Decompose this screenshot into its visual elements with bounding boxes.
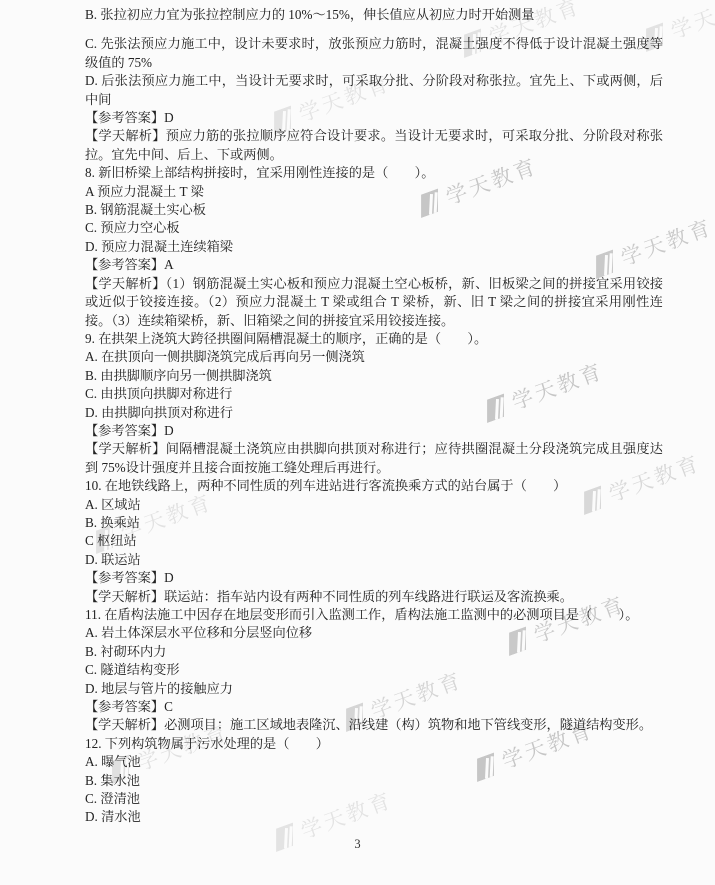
- watermark-text: 学天教育: [666, 0, 715, 45]
- analysis-label: 【学天解析】: [85, 276, 166, 291]
- question-block: 10. 在地铁线路上，两种不同性质的列车进站进行客流换乘方式的站台属于（ ） A…: [85, 477, 663, 606]
- option-line: D. 由拱脚向拱顶对称进行: [85, 404, 663, 422]
- answer-value: D: [164, 423, 174, 438]
- analysis-text: 间隔槽混凝土浇筑应由拱脚向拱顶对称进行；应待拱圈混凝土分段浇筑完成且强度达到 7…: [85, 441, 663, 474]
- question-block: 9. 在拱架上浇筑大跨径拱圈间隔槽混凝土的顺序，正确的是（ ）。 A. 在拱顶向…: [85, 330, 663, 477]
- analysis-line: 【学天解析】（1）钢筋混凝土实心板和预应力混凝土空心板桥，新、旧板梁之间的拼接宜…: [85, 275, 663, 330]
- question-block: 11. 在盾构法施工中因存在地层变形而引入监测工作，盾构法施工监测中的必测项目是…: [85, 606, 663, 735]
- option-line: D. 地层与管片的接触应力: [85, 680, 663, 698]
- option-line: D. 预应力混凝土连续箱梁: [85, 238, 663, 256]
- answer-label: 【参考答案】: [85, 570, 164, 585]
- option-line: C. 澄清池: [85, 790, 663, 808]
- option-line: B. 钢筋混凝土实心板: [85, 201, 663, 219]
- option-line: A. 曝气池: [85, 753, 663, 771]
- analysis-text: （1）钢筋混凝土实心板和预应力混凝土空心板桥，新、旧板梁之间的拼接宜采用铰接或近…: [85, 276, 663, 328]
- analysis-text: 必测项目：施工区域地表隆沉、沿线建（构）筑物和地下管线变形，隧道结构变形。: [164, 717, 652, 732]
- analysis-label: 【学天解析】: [85, 589, 164, 604]
- answer-line: 【参考答案】C: [85, 698, 663, 716]
- option-line: B. 换乘站: [85, 514, 663, 532]
- analysis-line: 【学天解析】预应力筋的张拉顺序应符合设计要求。当设计无要求时，可采取分批、分阶段…: [85, 127, 663, 164]
- answer-value: D: [164, 110, 174, 125]
- option-line: D. 后张法预应力施工中，当设计无要求时，可采取分批、分阶段对称张拉。宜先上、下…: [85, 72, 663, 109]
- answer-line: 【参考答案】D: [85, 109, 663, 127]
- answer-label: 【参考答案】: [85, 257, 164, 272]
- question-options: A. 曝气池B. 集水池C. 澄清池D. 清水池: [85, 753, 663, 827]
- option-line: B. 张拉初应力宜为张拉控制应力的 10%～15%，伸长值应从初应力时开始测量: [85, 6, 663, 24]
- exam-content: B. 张拉初应力宜为张拉控制应力的 10%～15%，伸长值应从初应力时开始测量 …: [85, 6, 663, 827]
- question-block: 12. 下列构筑物属于污水处理的是（ ） A. 曝气池B. 集水池C. 澄清池D…: [85, 735, 663, 827]
- question-stem: 9. 在拱架上浇筑大跨径拱圈间隔槽混凝土的顺序，正确的是（ ）。: [85, 330, 663, 348]
- question-options: A 预应力混凝土 T 梁B. 钢筋混凝土实心板C. 预应力空心板D. 预应力混凝…: [85, 183, 663, 257]
- option-line: B. 集水池: [85, 772, 663, 790]
- option-line: C 枢纽站: [85, 532, 663, 550]
- analysis-label: 【学天解析】: [85, 441, 166, 456]
- option-line: D. 清水池: [85, 808, 663, 826]
- option-line: B. 衬砌环内力: [85, 643, 663, 661]
- question-stem: 8. 新旧桥梁上部结构拼接时，宜采用刚性连接的是（ ）。: [85, 164, 663, 182]
- document-page: 学天教育 学天教育 学天教育 学天教育 学天教育 学天教育 学天教育 学天教育 …: [0, 0, 715, 885]
- analysis-line: 【学天解析】必测项目：施工区域地表隆沉、沿线建（构）筑物和地下管线变形，隧道结构…: [85, 716, 663, 734]
- question-block: 8. 新旧桥梁上部结构拼接时，宜采用刚性连接的是（ ）。 A 预应力混凝土 T …: [85, 164, 663, 330]
- question-stem: 12. 下列构筑物属于污水处理的是（ ）: [85, 735, 663, 753]
- answer-value: D: [164, 570, 174, 585]
- option-line: C. 由拱顶向拱脚对称进行: [85, 385, 663, 403]
- option-line: A. 在拱顶向一侧拱脚浇筑完成后再向另一侧浇筑: [85, 348, 663, 366]
- analysis-line: 【学天解析】间隔槽混凝土浇筑应由拱脚向拱顶对称进行；应待拱圈混凝土分段浇筑完成且…: [85, 440, 663, 477]
- answer-label: 【参考答案】: [85, 699, 164, 714]
- answer-label: 【参考答案】: [85, 110, 164, 125]
- page-number: 3: [0, 837, 715, 852]
- question-options: A. 在拱顶向一侧拱脚浇筑完成后再向另一侧浇筑B. 由拱脚顺序向另一侧拱脚浇筑C…: [85, 348, 663, 422]
- option-line: C. 隧道结构变形: [85, 661, 663, 679]
- question-options: A. 区域站B. 换乘站C 枢纽站D. 联运站: [85, 496, 663, 570]
- analysis-label: 【学天解析】: [85, 128, 166, 143]
- option-line: B. 由拱脚顺序向另一侧拱脚浇筑: [85, 367, 663, 385]
- option-line: A 预应力混凝土 T 梁: [85, 183, 663, 201]
- analysis-line: 【学天解析】联运站：指车站内设有两种不同性质的列车线路进行联运及客流换乘。: [85, 588, 663, 606]
- answer-line: 【参考答案】A: [85, 256, 663, 274]
- answer-label: 【参考答案】: [85, 423, 164, 438]
- question-options: A. 岩土体深层水平位移和分层竖向位移B. 衬砌环内力C. 隧道结构变形D. 地…: [85, 624, 663, 698]
- answer-line: 【参考答案】D: [85, 569, 663, 587]
- question-stem: 11. 在盾构法施工中因存在地层变形而引入监测工作，盾构法施工监测中的必测项目是…: [85, 606, 663, 624]
- option-line: A. 岩土体深层水平位移和分层竖向位移: [85, 624, 663, 642]
- answer-line: 【参考答案】D: [85, 422, 663, 440]
- option-line: C. 先张法预应力施工中，设计未要求时，放张预应力筋时，混凝土强度不得低于设计混…: [85, 35, 663, 72]
- option-line: D. 联运站: [85, 551, 663, 569]
- questions: 8. 新旧桥梁上部结构拼接时，宜采用刚性连接的是（ ）。 A 预应力混凝土 T …: [85, 164, 663, 827]
- answer-value: C: [164, 699, 173, 714]
- question-stem: 10. 在地铁线路上，两种不同性质的列车进站进行客流换乘方式的站台属于（ ）: [85, 477, 663, 495]
- option-line: A. 区域站: [85, 496, 663, 514]
- analysis-text: 联运站：指车站内设有两种不同性质的列车线路进行联运及客流换乘。: [164, 589, 573, 604]
- analysis-label: 【学天解析】: [85, 717, 164, 732]
- analysis-text: 预应力筋的张拉顺序应符合设计要求。当设计无要求时，可采取分批、分阶段对称张拉。宜…: [85, 128, 663, 161]
- option-line: C. 预应力空心板: [85, 219, 663, 237]
- answer-value: A: [164, 257, 174, 272]
